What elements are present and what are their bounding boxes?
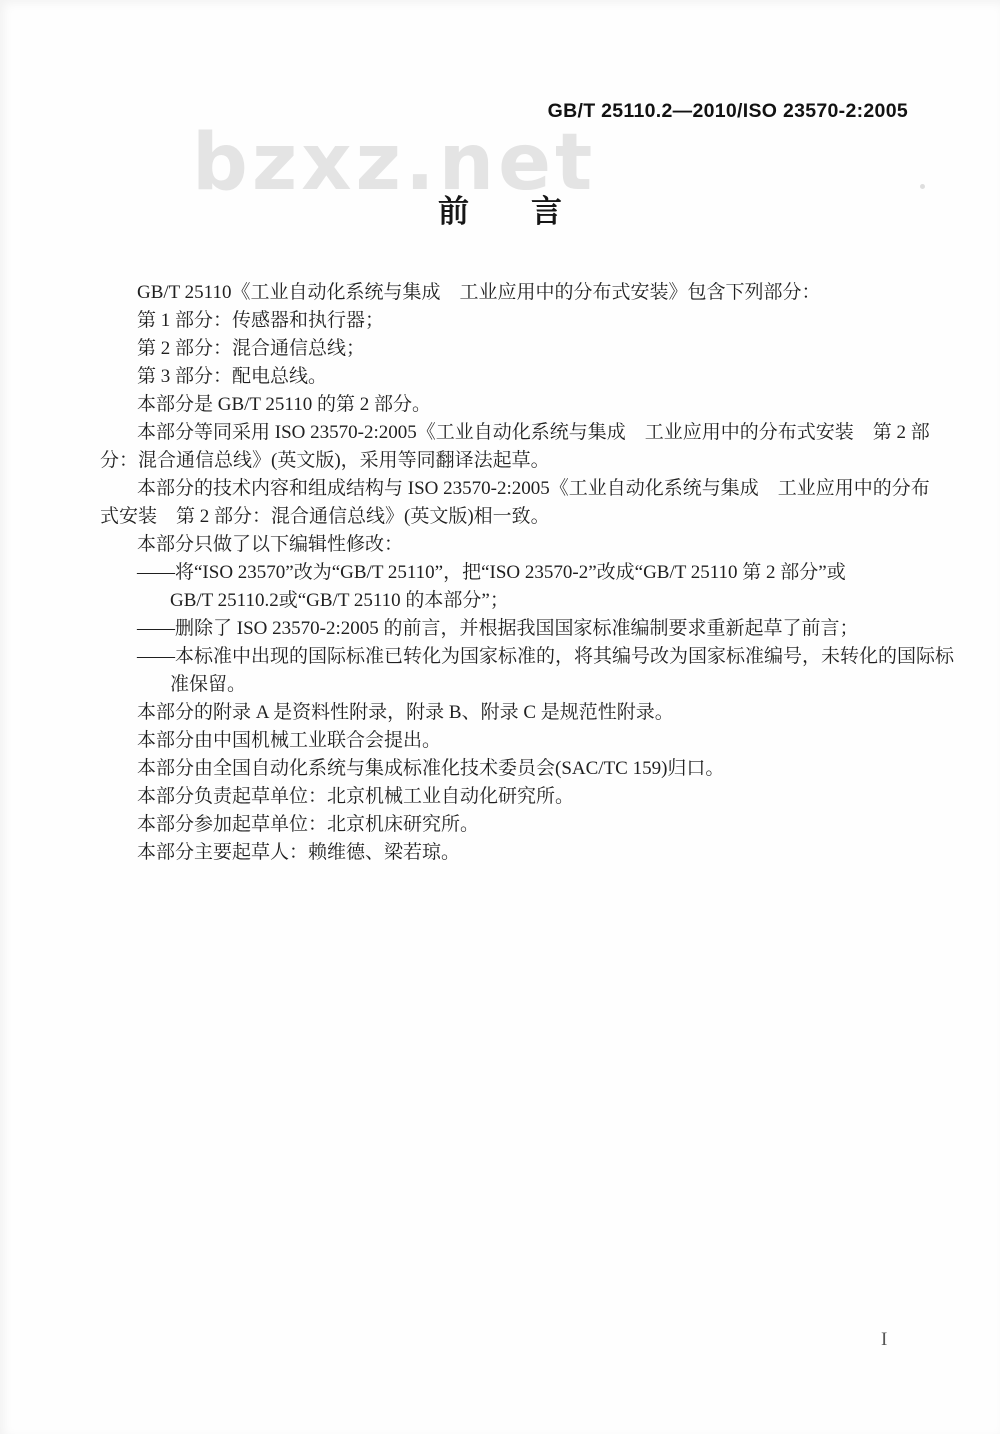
text-line: ——删除了 ISO 23570-2:2005 的前言，并根据我国国家标准编制要求… (100, 615, 912, 643)
text-line: 第 1 部分：传感器和执行器； (100, 307, 912, 335)
text-line: 本部分由中国机械工业联合会提出。 (100, 727, 912, 755)
text-line: 本部分主要起草人：赖维德、梁若琼。 (100, 839, 912, 867)
text-line: 本部分的技术内容和组成结构与 ISO 23570-2:2005《工业自动化系统与… (100, 475, 912, 503)
text-line: 式安装 第 2 部分：混合通信总线》(英文版)相一致。 (100, 503, 912, 531)
text-line: 第 3 部分：配电总线。 (100, 363, 912, 391)
page-title: 前 言 (0, 186, 1000, 231)
text-line: 准保留。 (100, 671, 912, 699)
foreword-body: GB/T 25110《工业自动化系统与集成 工业应用中的分布式安装》包含下列部分… (100, 279, 912, 867)
text-line: 本部分只做了以下编辑性修改： (100, 531, 912, 559)
text-line: GB/T 25110《工业自动化系统与集成 工业应用中的分布式安装》包含下列部分… (100, 279, 912, 307)
text-line: 本部分负责起草单位：北京机械工业自动化研究所。 (100, 783, 912, 811)
text-line: 本部分等同采用 ISO 23570-2:2005《工业自动化系统与集成 工业应用… (100, 419, 912, 447)
text-line: GB/T 25110.2或“GB/T 25110 的本部分”； (100, 587, 912, 615)
text-line: ——本标准中出现的国际标准已转化为国家标准的，将其编号改为国家标准编号，未转化的… (100, 643, 912, 671)
text-line: 分：混合通信总线》(英文版)，采用等同翻译法起草。 (100, 447, 912, 475)
text-line: 第 2 部分：混合通信总线； (100, 335, 912, 363)
text-line: 本部分是 GB/T 25110 的第 2 部分。 (100, 391, 912, 419)
text-line: 本部分的附录 A 是资料性附录，附录 B、附录 C 是规范性附录。 (100, 699, 912, 727)
text-line: 本部分由全国自动化系统与集成标准化技术委员会(SAC/TC 159)归口。 (100, 755, 912, 783)
page-number: I (881, 1329, 887, 1351)
document-page: GB/T 25110.2—2010/ISO 23570-2:2005 bzxz.… (0, 0, 1000, 1434)
standard-number-header: GB/T 25110.2—2010/ISO 23570-2:2005 (548, 100, 908, 123)
text-line: ——将“ISO 23570”改为“GB/T 25110”，把“ISO 23570… (100, 559, 912, 587)
text-line: 本部分参加起草单位：北京机床研究所。 (100, 811, 912, 839)
